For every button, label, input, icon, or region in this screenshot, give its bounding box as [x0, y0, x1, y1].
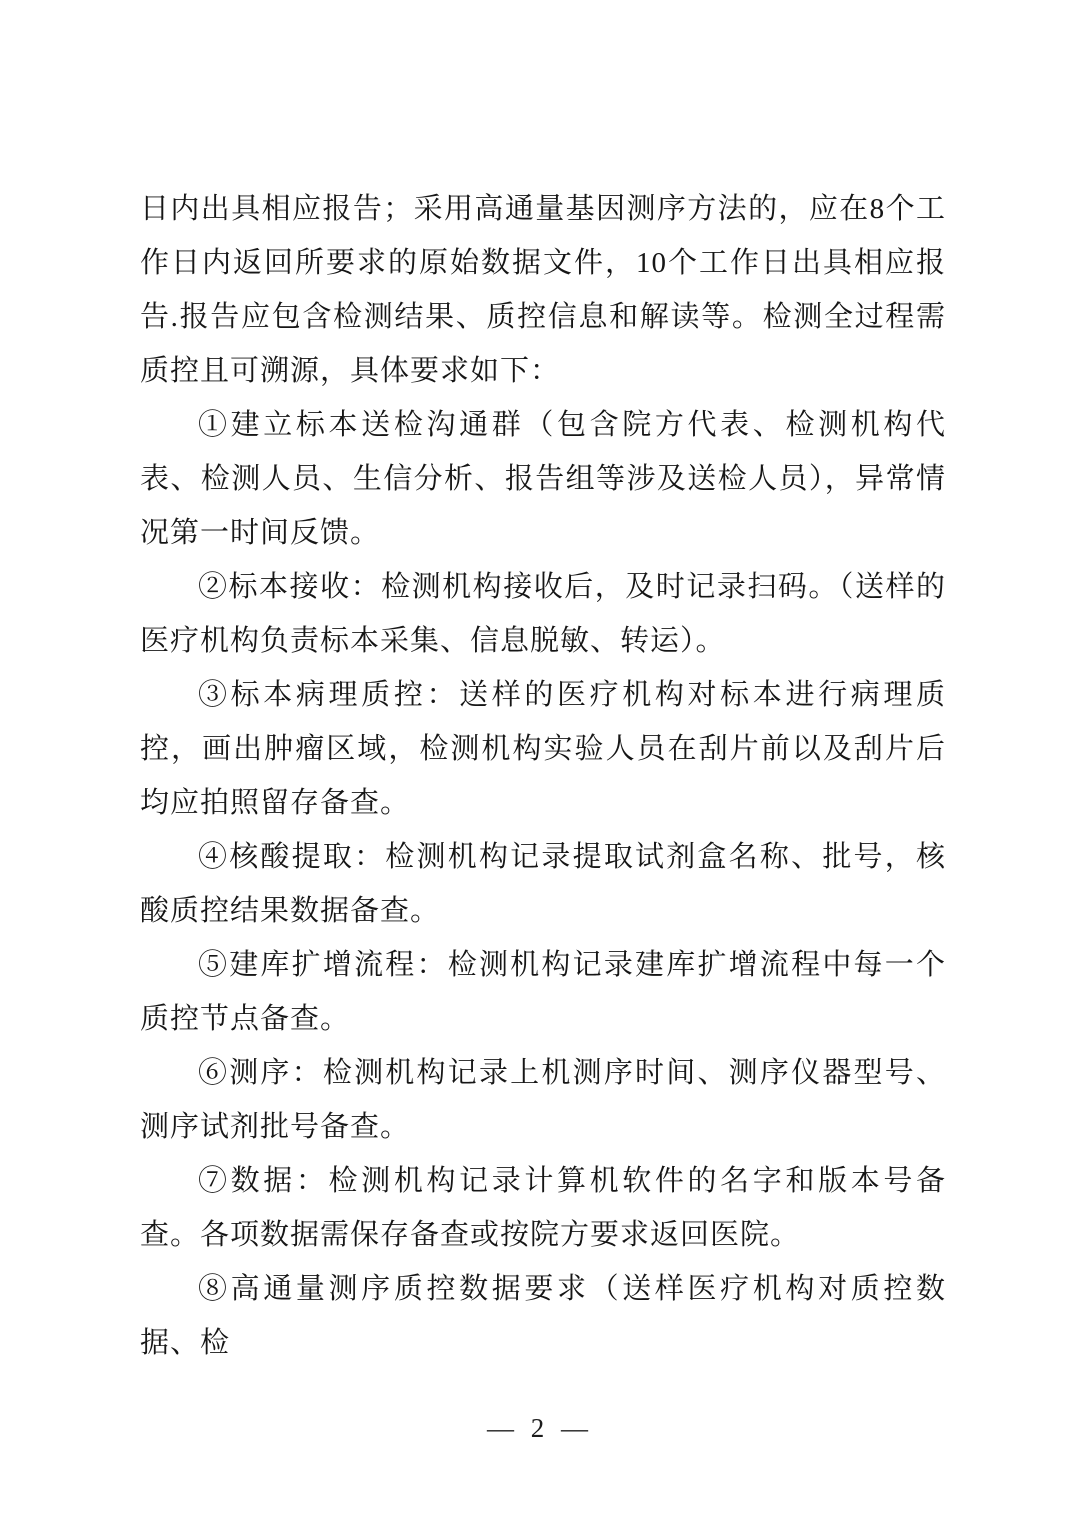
document-body: 日内出具相应报告；采用高通量基因测序方法的，应在8个工作日内返回所要求的原始数据… [140, 182, 946, 1370]
document-page: 日内出具相应报告；采用高通量基因测序方法的，应在8个工作日内返回所要求的原始数据… [0, 0, 1080, 1527]
page-footer: — 2 — [0, 1412, 1080, 1444]
list-item-1: ①建立标本送检沟通群（包含院方代表、检测机构代表、检测人员、生信分析、报告组等涉… [140, 398, 946, 560]
list-item-6: ⑥测序：检测机构记录上机测序时间、测序仪器型号、测序试剂批号备查。 [140, 1046, 946, 1154]
list-item-7: ⑦数据：检测机构记录计算机软件的名字和版本号备查。各项数据需保存备查或按院方要求… [140, 1154, 946, 1262]
list-item-8: ⑧高通量测序质控数据要求（送样医疗机构对质控数据、检 [140, 1262, 946, 1370]
list-item-5: ⑤建库扩增流程：检测机构记录建库扩增流程中每一个质控节点备查。 [140, 938, 946, 1046]
list-item-2: ②标本接收：检测机构接收后，及时记录扫码。（送样的医疗机构负责标本采集、信息脱敏… [140, 560, 946, 668]
page-number: — 2 — [487, 1413, 593, 1443]
list-item-3: ③标本病理质控：送样的医疗机构对标本进行病理质控，画出肿瘤区域，检测机构实验人员… [140, 668, 946, 830]
list-item-4: ④核酸提取：检测机构记录提取试剂盒名称、批号，核酸质控结果数据备查。 [140, 830, 946, 938]
paragraph-continuation: 日内出具相应报告；采用高通量基因测序方法的，应在8个工作日内返回所要求的原始数据… [140, 182, 946, 398]
